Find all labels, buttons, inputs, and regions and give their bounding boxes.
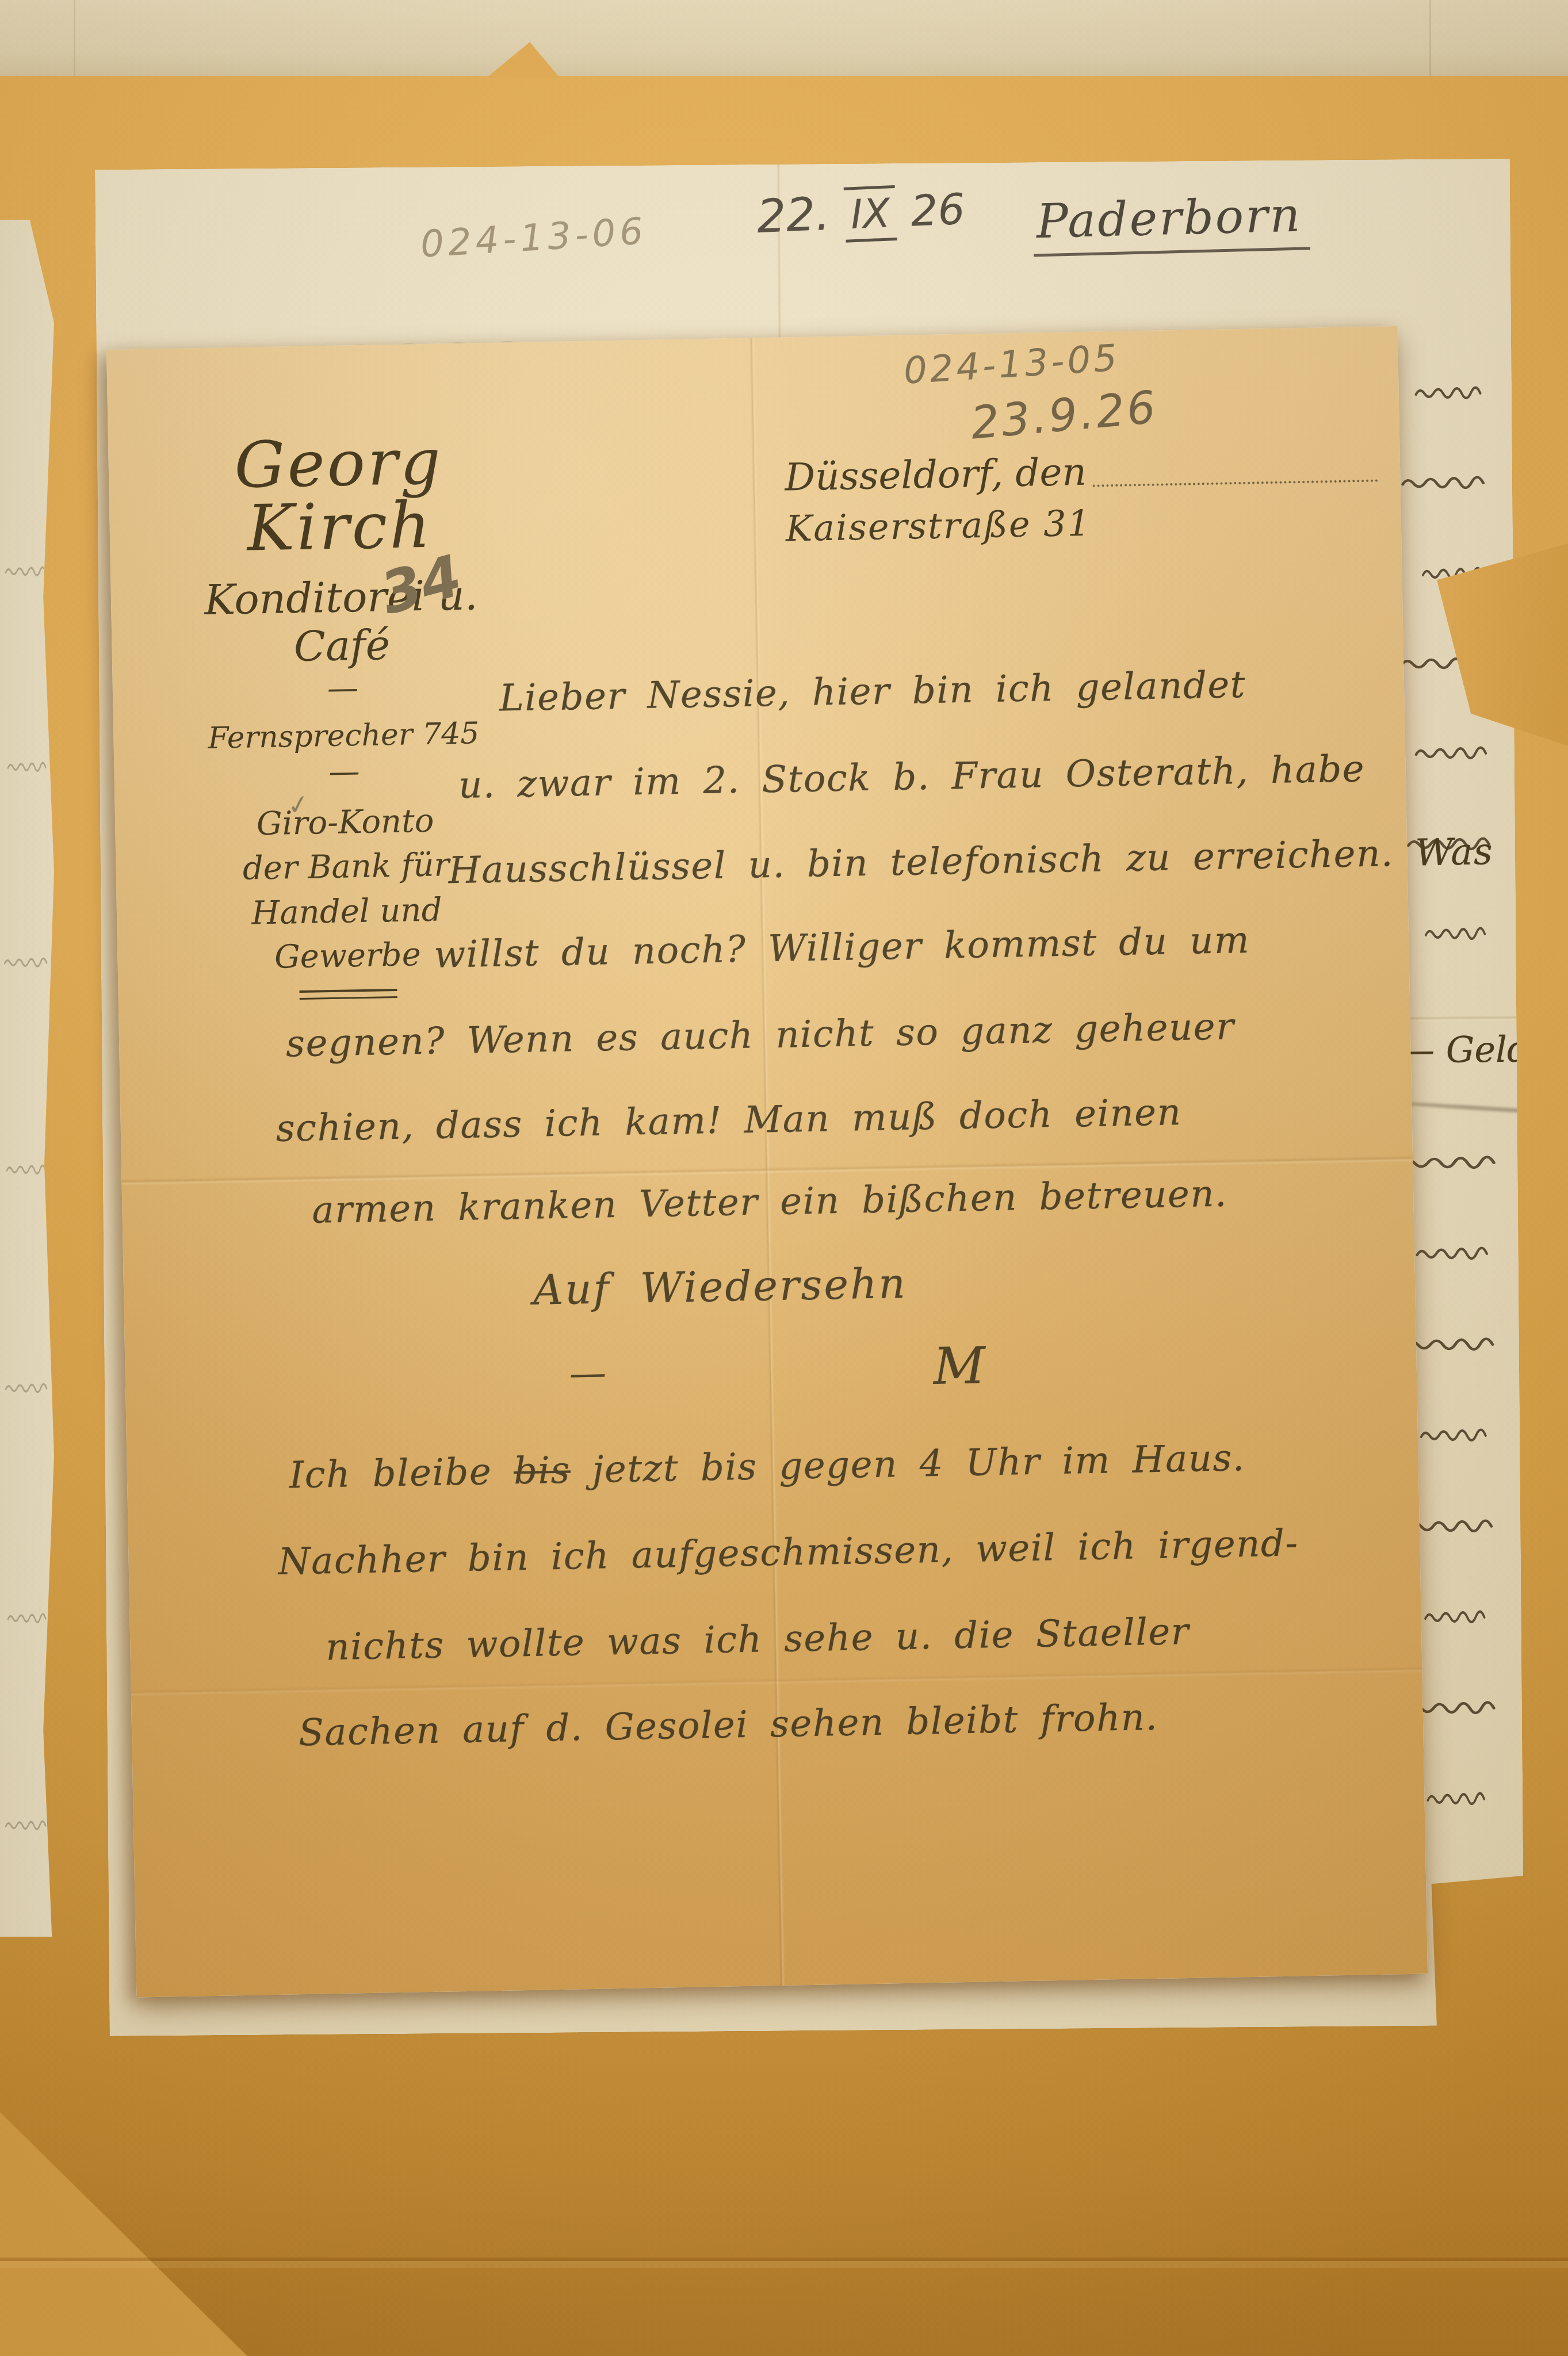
date-year: 26: [910, 185, 966, 236]
postscript-line: nichts wollte was ich sehe u. die Staell…: [326, 1611, 1190, 1669]
letterhead-phone: Fernsprecher 745: [177, 716, 511, 756]
handwriting-fragment: [5, 565, 47, 576]
handwriting-fragment: [1424, 925, 1487, 940]
postscript-line: Ich bleibe bis jetzt bis gegen 4 Uhr im …: [289, 1437, 1245, 1497]
folder-edge-highlight: [0, 2261, 1568, 2268]
closing-line: Auf Wiedersehn: [533, 1259, 907, 1314]
ps-text: Ich bleibe: [289, 1451, 492, 1497]
postscript-line: Nachher bin ich aufgeschmissen, weil ich…: [278, 1522, 1299, 1583]
closing-dash: —: [569, 1352, 606, 1395]
body-line: u. zwar im 2. Stock b. Frau Osterath, ha…: [458, 748, 1365, 807]
handwriting-fragment: [1400, 474, 1486, 489]
ps-text: jetzt bis gegen 4 Uhr im Haus.: [592, 1437, 1245, 1491]
city-date-row: Düsseldorf, den: [785, 444, 1380, 499]
letterhead-block: Georg Kirch Konditorei u. Café — Fernspr…: [171, 429, 515, 1002]
archival-reference-back: 024-13-06: [419, 210, 648, 266]
city-date-label: Düsseldorf, den: [785, 450, 1087, 500]
letterhead-divider: —: [175, 671, 510, 705]
body-line: Hausschlüssel u. bin telefonisch zu erre…: [448, 831, 1494, 892]
place-note: Paderborn: [1032, 188, 1310, 257]
body-line: schien, dass ich kam! Man muß doch einen: [276, 1091, 1182, 1150]
handwriting-fragment: [5, 1819, 47, 1830]
handwriting-fragment: [1415, 1245, 1490, 1260]
pencil-smudge: [1394, 1101, 1568, 1116]
letterhead-city-block: Düsseldorf, den Kaiserstraße 31: [785, 444, 1382, 549]
handwriting-fragment: [1426, 1790, 1486, 1806]
left-page-edge: [0, 220, 54, 1937]
archival-reference-front: 024-13-05: [902, 337, 1121, 393]
surface-seam: [1429, 0, 1431, 76]
body-line: willst du noch? Williger kommst du um: [434, 919, 1250, 977]
handwriting-fragment: [1424, 1608, 1487, 1624]
street-address: Kaiserstraße 31: [785, 496, 1381, 549]
body-line: Lieber Nessie, hier bin ich gelandet: [499, 664, 1246, 720]
handwriting-fragment: [3, 956, 48, 967]
adjacent-page-word: — Geld!: [1399, 1028, 1544, 1071]
handwriting-fragment: [1408, 1517, 1494, 1533]
handwriting-fragment: [5, 1382, 48, 1393]
body-line: armen kranken Vetter ein bißchen betreue…: [312, 1173, 1228, 1232]
handwriting-fragment: [7, 760, 47, 772]
handwriting-fragment: [1414, 744, 1489, 760]
handwriting-fragment: [1419, 1426, 1488, 1442]
folder-tab: [487, 42, 560, 78]
archival-date-front: 23.9.26: [969, 381, 1160, 449]
handwriting-fragment: [6, 1163, 47, 1175]
handwriting-fragment: [1404, 1336, 1496, 1351]
pencil-checkmark: ✓: [285, 787, 312, 821]
handwriting-fragment: [1414, 384, 1483, 400]
folder-corner-bottom-left: [0, 2112, 247, 2356]
ps-struck-word: bis: [513, 1449, 571, 1493]
background-surface-band: [0, 0, 1568, 76]
letter-sheet: 024-13-05 23.9.26 Georg Kirch Konditorei…: [106, 326, 1428, 1998]
date-dotted-line: [1092, 474, 1378, 487]
body-line: segnen? Wenn es auch nicht so ganz geheu…: [286, 1005, 1235, 1065]
letterhead-name: Georg Kirch: [171, 429, 507, 561]
surface-seam: [74, 0, 75, 76]
flourish-underline: [299, 989, 397, 1000]
handwriting-fragment: [7, 1612, 47, 1623]
pencil-date-note: 22. IX 26: [756, 181, 966, 246]
signature-initial: M: [933, 1336, 986, 1396]
date-month: IX: [844, 185, 897, 243]
date-day: 22.: [756, 187, 831, 243]
postscript-line: Sachen auf d. Gesolei sehen bleibt frohn…: [298, 1696, 1158, 1754]
handwriting-fragment: [1400, 1154, 1498, 1169]
